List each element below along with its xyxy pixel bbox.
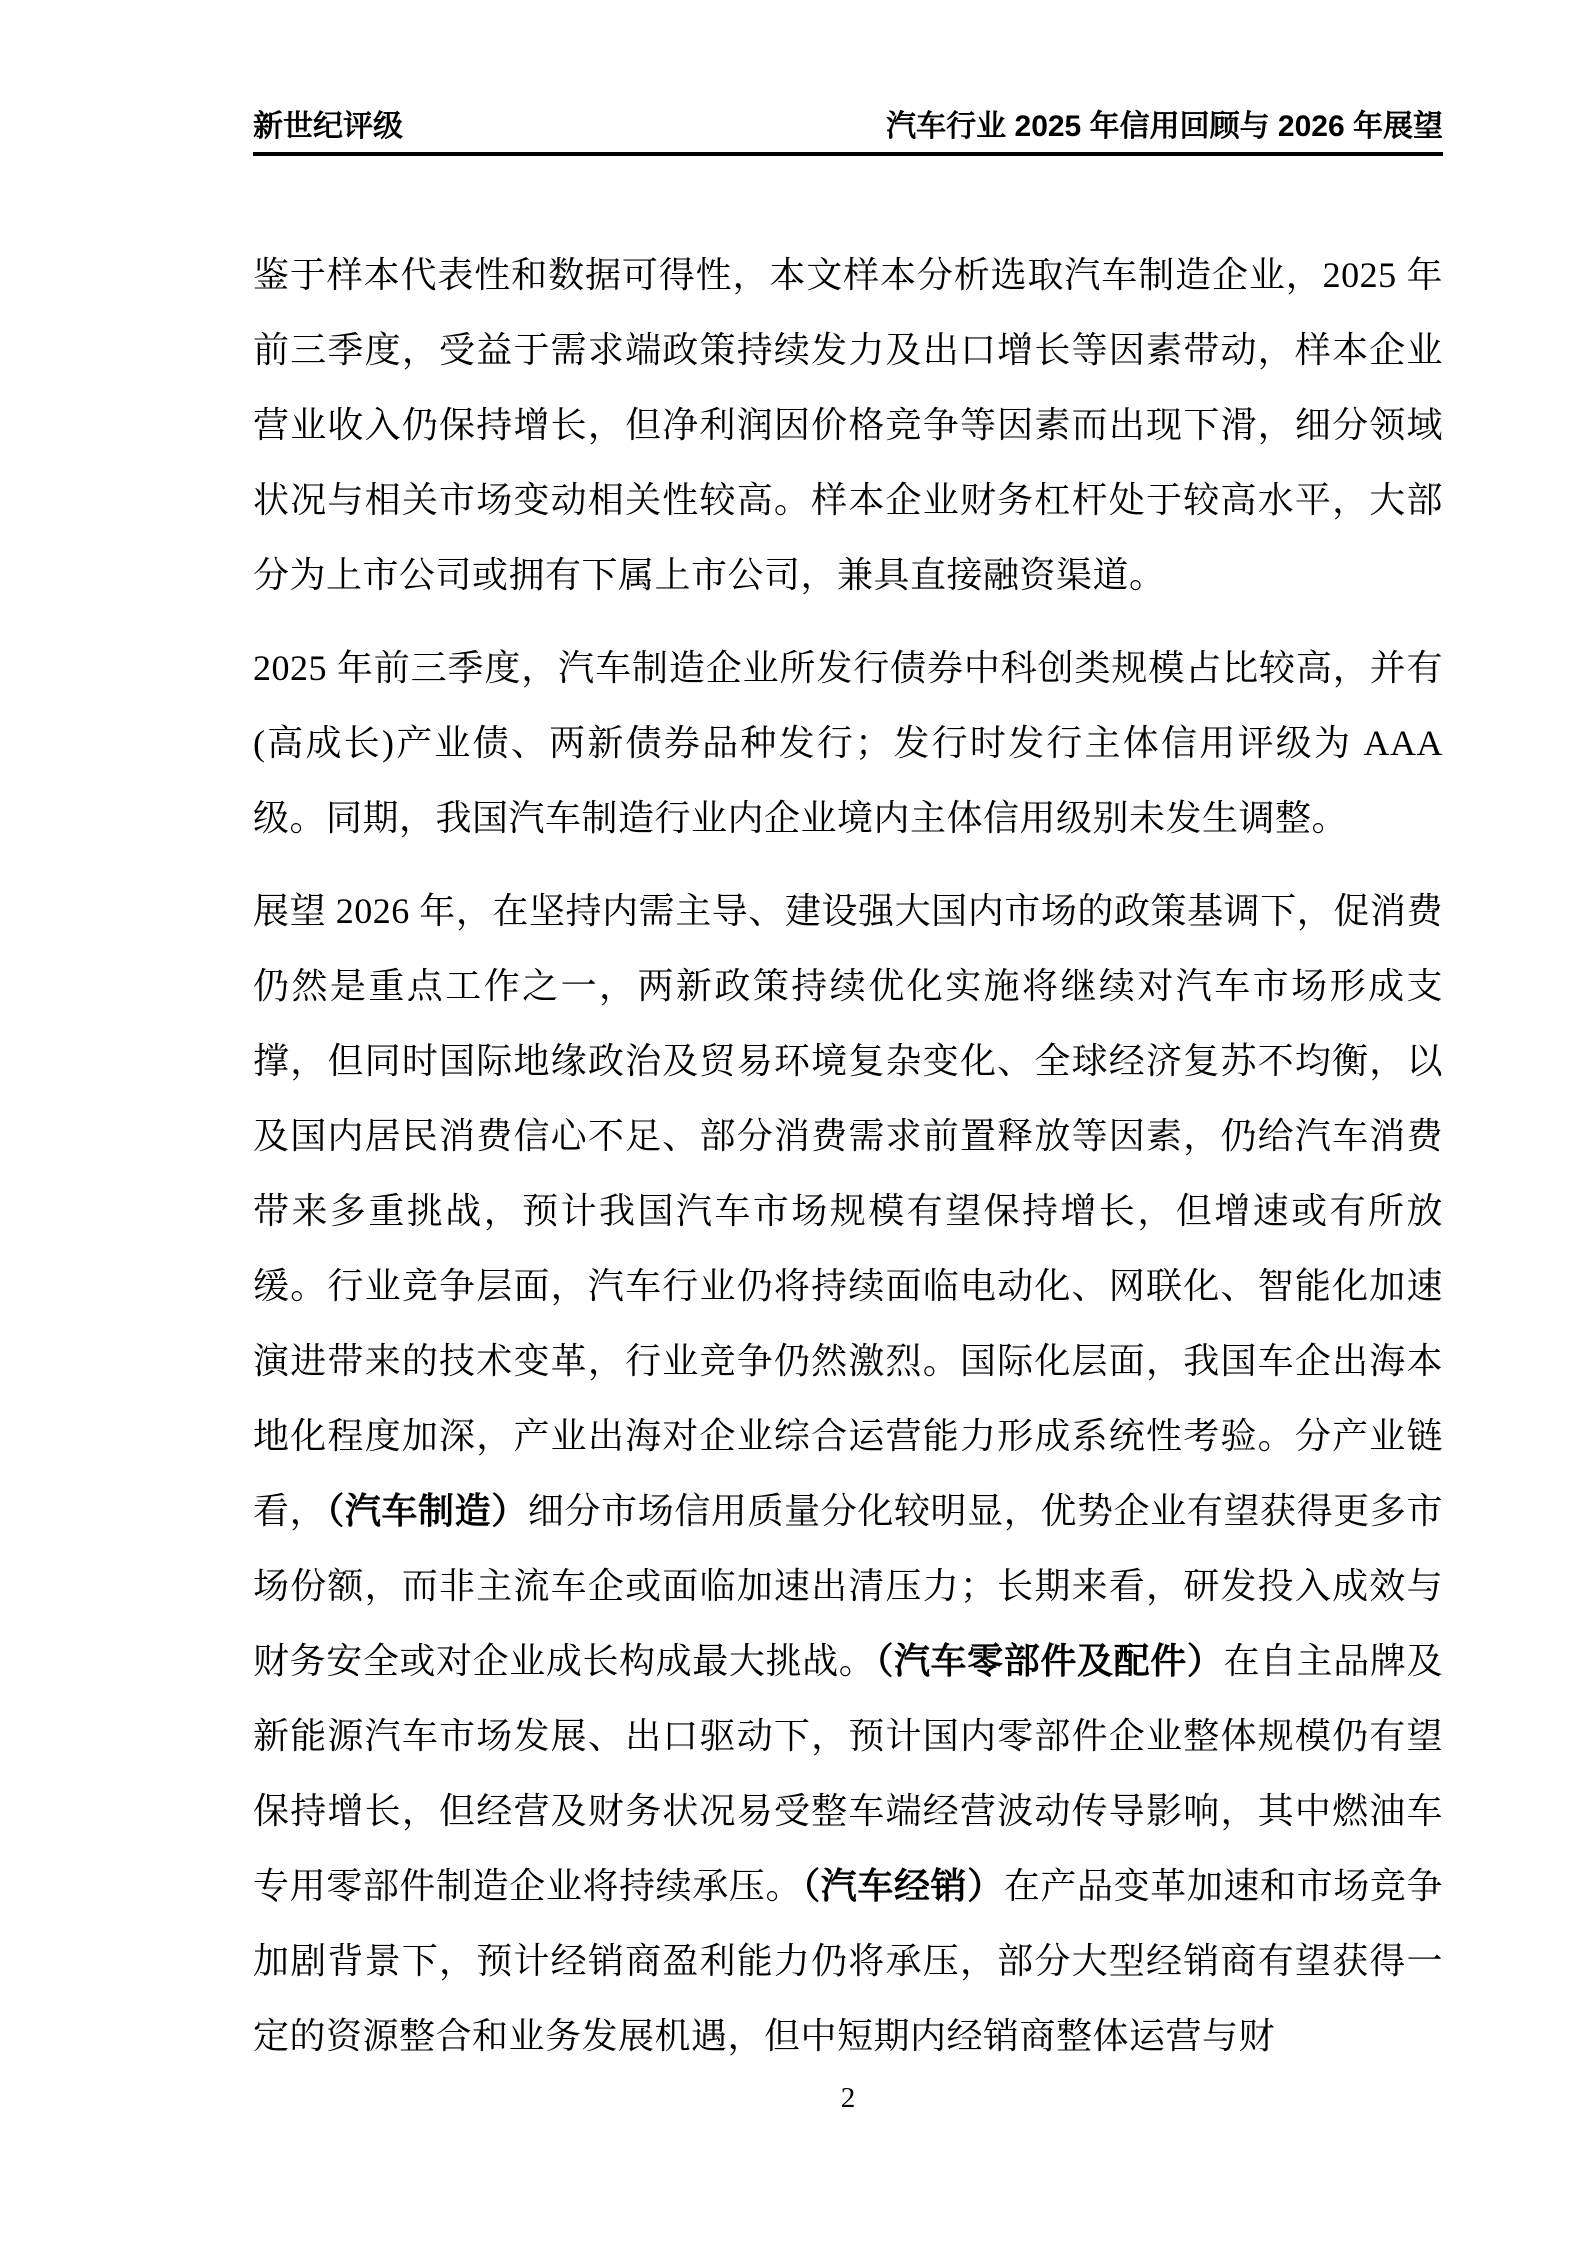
header-rule (253, 152, 1443, 156)
document-body: 鉴于样本代表性和数据可得性，本文样本分析选取汽车制造企业，2025 年前三季度，… (253, 238, 1443, 2092)
paragraph: 鉴于样本代表性和数据可得性，本文样本分析选取汽车制造企业，2025 年前三季度，… (253, 238, 1443, 613)
text-run: 展望 2026 年，在坚持内需主导、建设强大国内市场的政策基调下，促消费仍然是重… (253, 891, 1443, 1531)
header-row: 新世纪评级 汽车行业 2025 年信用回顾与 2026 年展望 (253, 108, 1443, 146)
document-page: 新世纪评级 汽车行业 2025 年信用回顾与 2026 年展望 鉴于样本代表性和… (0, 0, 1588, 2245)
paragraph: 展望 2026 年，在坚持内需主导、建设强大国内市场的政策基调下，促消费仍然是重… (253, 874, 1443, 2074)
page-footer: 2 (253, 2078, 1443, 2118)
text-run: 鉴于样本代表性和数据可得性，本文样本分析选取汽车制造企业，2025 年前三季度，… (253, 255, 1443, 595)
bold-text-run: （汽车经销） (802, 1866, 1004, 1906)
page-number: 2 (841, 2082, 856, 2114)
paragraph: 2025 年前三季度，汽车制造企业所发行债券中科创类规模占比较高，并有(高成长)… (253, 631, 1443, 856)
bold-text-run: （汽车零部件及配件） (875, 1641, 1223, 1681)
text-run: 2025 年前三季度，汽车制造企业所发行债券中科创类规模占比较高，并有(高成长)… (253, 648, 1443, 838)
header-report-title: 汽车行业 2025 年信用回顾与 2026 年展望 (886, 108, 1443, 146)
page-header: 新世纪评级 汽车行业 2025 年信用回顾与 2026 年展望 (253, 108, 1443, 156)
bold-text-run: （汽车制造） (326, 1491, 528, 1531)
header-brand: 新世纪评级 (253, 108, 403, 146)
